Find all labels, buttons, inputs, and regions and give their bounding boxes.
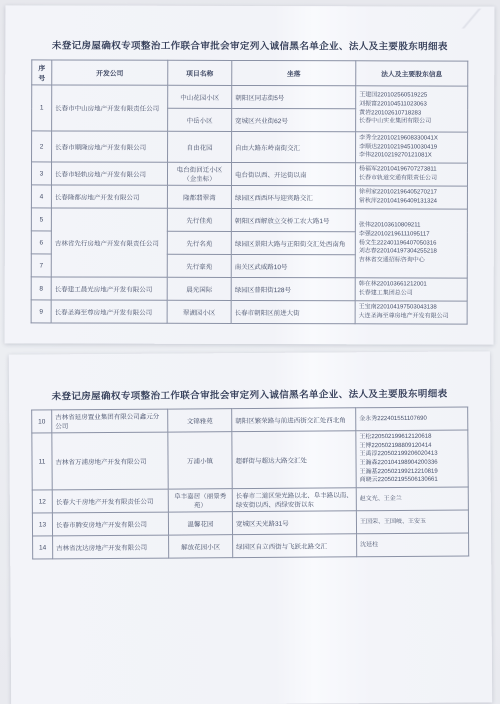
legal-person-line: 韩在林220103661212001 (359, 281, 464, 290)
location-cell: 宽城区兴业街62号 (232, 108, 356, 131)
legal-person-line: 吉林省交通招标咨询中心 (359, 256, 464, 265)
legal-person-info-cell: 王国荣、王国岐、王安玉 (356, 510, 468, 534)
table-row: 11吉林省万浦房地产开发有限公司万浦小镇超群街与超达大路交汇处王松2205021… (32, 430, 468, 490)
document-page-1: 未登记房屋确权专项整治工作联合审批会审定列入诚信黑名单企业、法人及主要股东明细表… (5, 5, 495, 344)
legal-person-line: 杨福军220104196707273811 (359, 166, 464, 175)
legal-person-line: 大连圣海至尊房地产开发有限公司 (359, 312, 464, 321)
location-cell: 绿园区景阳大路与正阳街交汇处西南角 (231, 232, 355, 255)
location-cell: 电台街以西、开运街以南 (231, 163, 355, 186)
table-row: 12长春大千房地产开发有限责任公司阜丰嘉居（丽景秀苑）长春市二道区荣光路以北、阜… (32, 487, 468, 513)
location-cell: 绿园区普阳街128号 (231, 278, 355, 301)
table-row: 9长春圣海至尊房地产开发有限公司翠湖园小区长春市朝阳区前进大街王宝南220104… (31, 300, 467, 324)
project-name-cell: 先行名苑 (167, 231, 231, 254)
legal-person-line: 李伟22010219270121081X (359, 152, 464, 161)
legal-person-info-cell: 韩在林220103661212001长春建工集团总公司 (355, 278, 467, 301)
legal-person-info-cell: 李秀全22010219608330041X李顺达2201021945100304… (356, 132, 468, 163)
location-cell: 长春市二道区荣光路以北、阜丰路以南、绿安街以西、西绿安街以东 (232, 488, 356, 512)
table-row: 10吉林省延房置业集团有限公司鑫元分公司文锦雅苑朝阳区繁荣路与前进西街交汇处西北… (32, 407, 468, 433)
column-header: 序号 (32, 60, 52, 85)
project-name-cell: 文锦雅苑 (168, 409, 232, 432)
blacklist-table-page-1: 序号开发公司项目名称坐落法人及主要股东信息1长春市中山房地产开发有限责任公司中山… (31, 59, 469, 324)
project-name-cell: 中山花园小区 (168, 85, 232, 108)
row-number-cell: 5 (31, 208, 51, 231)
legal-person-line: 长春中山实业集团有限公司 (359, 117, 464, 126)
project-name-cell: 隆都翡翠湾 (167, 185, 231, 208)
legal-person-info-cell: 王建国220102560519225刘振富220104511023063黄岩22… (356, 86, 468, 132)
location-cell: 朝阳区同志街5号 (232, 85, 356, 108)
table-row: 13长春市腾安房地产开发有限公司温馨花园宽城区天光路31号王国荣、王国岐、王安玉 (32, 510, 468, 536)
row-number-cell: 14 (33, 536, 53, 559)
developer-company-cell: 长春市中山房地产开发有限责任公司 (52, 85, 168, 131)
row-number-cell: 10 (32, 410, 52, 433)
location-cell: 绿园区自立西街与飞跃北路交汇 (233, 534, 357, 558)
table-row: 8长春建工晨光房地产开发有限公司晨光国际绿园区普阳街128号韩在林2201036… (31, 277, 467, 301)
column-header: 项目名称 (168, 60, 232, 85)
developer-company-cell: 长春市顺隆房地产开发有限公司 (52, 131, 168, 162)
legal-person-line: 赵文光、王金兰 (360, 494, 465, 503)
developer-company-cell: 长春建工晨光房地产开发有限公司 (51, 277, 167, 300)
legal-person-line: 沈延柱 (360, 540, 465, 549)
developer-company-cell: 吉林省万浦房地产开发有限公司 (52, 432, 168, 490)
legal-person-info-cell: 赵文光、王金兰 (356, 487, 468, 511)
row-number-cell: 7 (31, 254, 51, 277)
legal-person-line: 李强220102196111095117 (359, 230, 464, 239)
paper-crease (450, 9, 492, 29)
legal-person-line: 徐利家220102196405270217 (359, 189, 464, 198)
developer-company-cell: 吉林省延房置业集团有限公司鑫元分公司 (52, 409, 168, 433)
location-cell: 朝阳区西解放立交桥工农大路1号 (231, 209, 355, 232)
developer-company-cell: 吉林省先行房地产开发有限责任公司 (51, 208, 167, 277)
location-cell: 宽城区天光路31号 (232, 511, 356, 535)
project-name-cell: 阜丰嘉居（丽景秀苑） (168, 489, 232, 512)
legal-person-line: 王宝南220104197503043138 (359, 304, 464, 313)
location-cell: 超群街与超达大路交汇处 (232, 431, 356, 489)
developer-company-cell: 长春隆都房地产开发有限公司 (51, 185, 167, 208)
scanned-document-photo: 未登记房屋确权专项整治工作联合审批会审定列入诚信黑名单企业、法人及主要股东明细表… (0, 0, 500, 704)
developer-company-cell: 长春市轻轨房地产开发有限公司 (51, 162, 167, 185)
legal-person-info-cell: 王宝南220104197503043138大连圣海至尊房地产开发有限公司 (355, 301, 467, 324)
row-number-cell: 12 (32, 490, 52, 513)
table-row: 3长春市轻轨房地产开发有限公司电台街回迁小区（金坐标）电台街以西、开运街以南杨福… (31, 162, 467, 186)
developer-company-cell: 长春圣海至尊房地产开发有限公司 (51, 300, 167, 323)
legal-person-line: 常秋萍220104196409131324 (359, 197, 464, 206)
project-name-cell: 中岳小区 (168, 108, 232, 131)
table-row: 5吉林省先行房地产开发有限责任公司先行佳苑朝阳区西解放立交桥工农大路1号张伟22… (31, 208, 467, 232)
legal-person-line: 张伟220103610809211 (359, 222, 464, 231)
page-title: 未登记房屋确权专项整治工作联合审批会审定列入诚信黑名单企业、法人及主要股东明细表 (5, 5, 494, 60)
project-name-cell: 先行豪苑 (167, 254, 231, 277)
developer-company-cell: 长春市腾安房地产开发有限公司 (52, 512, 168, 536)
legal-person-line: 黄岩220102610718283 (359, 109, 464, 118)
legal-person-line: 王建国220102560519225 (359, 91, 464, 100)
project-name-cell: 翠湖园小区 (167, 300, 231, 323)
legal-person-info-cell: 金永秀222401551107690 (356, 407, 468, 431)
legal-person-info-cell: 杨福军220104196707273811长春市轨道交通有限责任公司 (355, 163, 467, 186)
header-row: 序号开发公司项目名称坐落法人及主要股东信息 (32, 60, 468, 86)
legal-person-line: 杨文生222401196407050316 (359, 239, 464, 248)
project-name-cell: 万浦小镇 (168, 432, 232, 490)
legal-person-line: 王国荣、王国岐、王安玉 (360, 517, 465, 526)
legal-person-info-cell: 沈延柱 (357, 533, 469, 557)
legal-person-line: 李顺达220102194510030419 (359, 143, 464, 152)
row-number-cell: 4 (31, 185, 51, 208)
table-row: 14吉林省沈达房地产开发有限公司解放花园小区绿园区自立西街与飞跃北路交汇沈延柱 (33, 533, 469, 559)
table-row: 1长春市中山房地产开发有限责任公司中山花园小区朝阳区同志街5号王建国220102… (32, 85, 468, 109)
legal-person-info-cell: 张伟220103610809211李强220102196111095117杨文生… (355, 209, 467, 278)
legal-person-line: 金永秀222401551107690 (359, 414, 464, 423)
project-name-cell: 晨光国际 (167, 277, 231, 300)
row-number-cell: 1 (32, 85, 52, 131)
legal-person-info-cell: 王松220502199612120618王博220502198809120414… (356, 430, 468, 488)
row-number-cell: 13 (32, 513, 52, 536)
project-name-cell: 电台街回迁小区（金坐标） (167, 162, 231, 185)
legal-person-line: 商晓云220502195506130661 (360, 476, 465, 485)
location-cell: 自由大路东岭南街交汇 (232, 131, 356, 162)
legal-person-line: 李秀全22010219608330041X (359, 134, 464, 143)
table-row: 2长春市顺隆房地产开发有限公司自由花园自由大路东岭南街交汇李秀全22010219… (32, 131, 468, 163)
location-cell: 朝阳区繁荣路与前进西街交汇处西北角 (232, 408, 356, 432)
row-number-cell: 3 (31, 162, 51, 185)
legal-person-line: 长春建工集团总公司 (359, 289, 464, 298)
column-header: 坐落 (232, 60, 356, 85)
project-name-cell: 先行佳苑 (167, 208, 231, 231)
location-cell: 南关区武威路10号 (231, 255, 355, 278)
project-name-cell: 自由花园 (168, 131, 232, 162)
row-number-cell: 8 (31, 277, 51, 300)
page-title: 未登记房屋确权专项整治工作联合审批会审定列入诚信黑名单企业、法人及主要股东明细表 (9, 351, 490, 409)
column-header: 法人及主要股东信息 (356, 61, 468, 86)
project-name-cell: 温馨花园 (168, 512, 232, 535)
legal-person-line: 刘志春220104197304255218 (359, 248, 464, 257)
row-number-cell: 9 (31, 300, 51, 323)
legal-person-line: 长春市轨道交通有限责任公司 (359, 174, 464, 183)
table-row: 4长春隆都房地产开发有限公司隆都翡翠湾绿园区西西环与迎宾路交汇徐利家220102… (31, 185, 467, 209)
blacklist-table-page-2: 10吉林省延房置业集团有限公司鑫元分公司文锦雅苑朝阳区繁荣路与前进西街交汇处西北… (31, 406, 469, 559)
developer-company-cell: 长春大千房地产开发有限责任公司 (52, 489, 168, 513)
legal-person-line: 刘振富220104511023063 (359, 100, 464, 109)
row-number-cell: 6 (31, 231, 51, 254)
location-cell: 绿园区西西环与迎宾路交汇 (231, 186, 355, 209)
legal-person-info-cell: 徐利家220102196405270217常秋萍2201041964091313… (355, 186, 467, 209)
row-number-cell: 2 (32, 131, 52, 162)
column-header: 开发公司 (52, 60, 168, 85)
project-name-cell: 解放花园小区 (169, 535, 233, 558)
document-page-2: 未登记房屋确权专项整治工作联合审批会审定列入诚信黑名单企业、法人及主要股东明细表… (9, 351, 492, 704)
location-cell: 长春市朝阳区前进大街 (231, 301, 355, 324)
row-number-cell: 11 (32, 433, 52, 490)
developer-company-cell: 吉林省沈达房地产开发有限公司 (53, 535, 169, 559)
